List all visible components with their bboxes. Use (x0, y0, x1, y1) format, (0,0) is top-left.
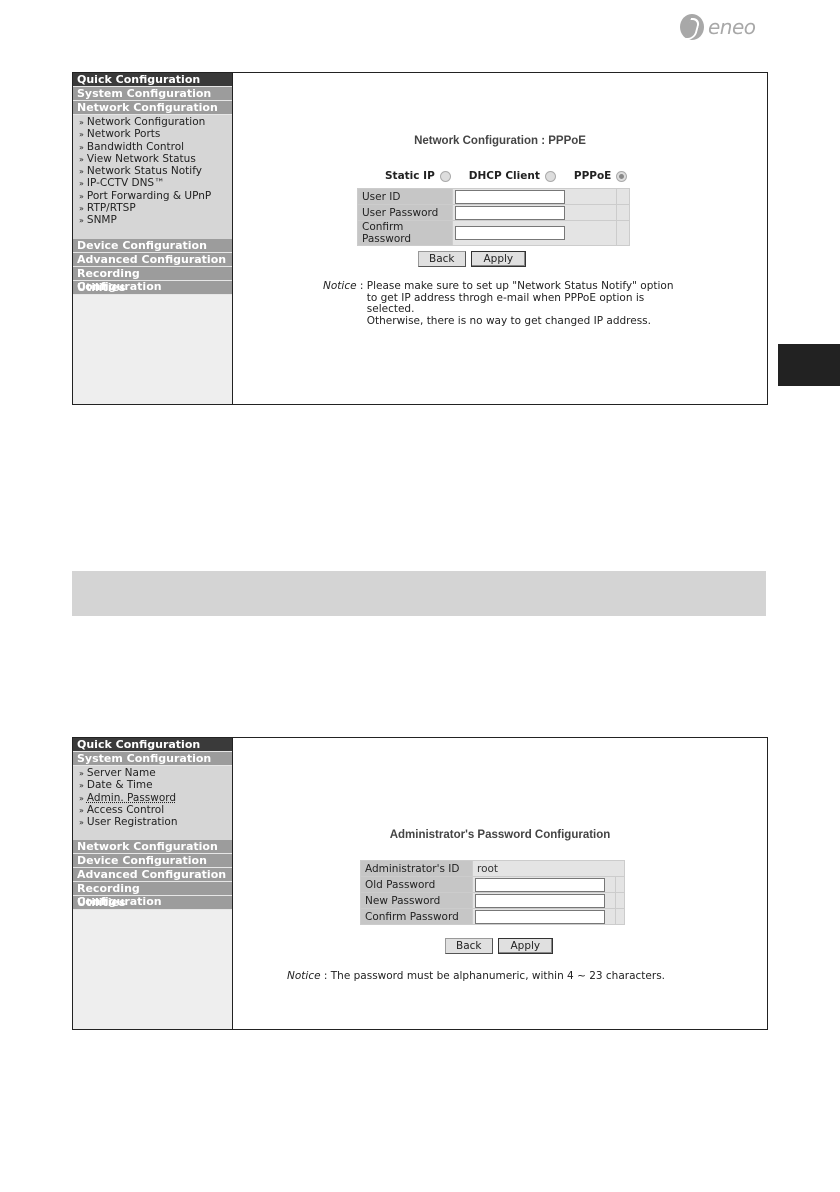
sidebar-item-label: RTP/RTSP (87, 202, 136, 214)
connection-type-radios: Static IPDHCP ClientPPPoE (385, 170, 627, 182)
admin-id-row: Administrator's ID root (361, 861, 625, 877)
sidebar-submenu: »Server Name»Date & Time»Admin. Password… (73, 766, 232, 840)
sidebar-item-label: Network Status Notify (87, 165, 202, 177)
radio-pppoe[interactable]: PPPoE (574, 170, 627, 182)
pppoe-form: User IDUser PasswordConfirm Password (357, 188, 630, 246)
form-buttons: Back Apply (445, 938, 553, 954)
sidebar-submenu: »Network Configuration»Network Ports»Ban… (73, 115, 232, 239)
confirm-password-input[interactable] (455, 226, 565, 240)
sidebar-section-network-configuration[interactable]: Network Configuration (73, 840, 232, 854)
sidebar-item-label: Server Name (87, 767, 156, 779)
sidebar-item-label: IP-CCTV DNS™ (87, 177, 165, 189)
sidebar-item-rtp-rtsp[interactable]: »RTP/RTSP (73, 202, 232, 214)
chevron-right-icon: » (79, 192, 84, 201)
sidebar-section-device-configuration[interactable]: Device Configuration (73, 854, 232, 868)
sidebar-item-user-registration[interactable]: »User Registration (73, 816, 232, 828)
sidebar-item-network-ports[interactable]: »Network Ports (73, 128, 232, 140)
sidebar-section-recording-configuration[interactable]: Recording Configuration (73, 882, 232, 896)
sidebar-item-port-forwarding-upnp[interactable]: »Port Forwarding & UPnP (73, 190, 232, 202)
notice-text: Notice : Please make sure to set up "Net… (323, 281, 674, 327)
admin-password-form: Administrator's ID root Old PasswordNew … (360, 860, 625, 925)
back-button[interactable]: Back (445, 938, 493, 954)
field-row-user-id: User ID (358, 189, 630, 205)
sidebar-section-system-configuration[interactable]: System Configuration (73, 87, 232, 101)
chevron-right-icon: » (79, 167, 84, 176)
confirm-password-input[interactable] (475, 910, 605, 924)
sidebar-item-label: Admin. Password (87, 792, 176, 804)
field-label: Confirm Password (358, 221, 453, 246)
form-buttons: Back Apply (418, 251, 526, 267)
chevron-right-icon: » (79, 794, 84, 803)
field-label: User ID (358, 189, 453, 205)
sidebar-nav: Quick ConfigurationSystem Configuration»… (73, 738, 233, 1029)
chevron-right-icon: » (79, 155, 84, 164)
field-label: New Password (361, 893, 473, 909)
sidebar-item-label: Network Ports (87, 128, 160, 140)
sidebar-item-label: Date & Time (87, 779, 153, 791)
radio-label: PPPoE (574, 170, 611, 182)
chevron-right-icon: » (79, 216, 84, 225)
page-title: Administrator's Password Configuration (233, 829, 767, 841)
chevron-right-icon: » (79, 818, 84, 827)
notice-line: Please make sure to set up "Network Stat… (367, 281, 674, 293)
new-password-input[interactable] (475, 894, 605, 908)
pppoe-screenshot-frame: Quick ConfigurationSystem ConfigurationN… (72, 72, 768, 405)
field-row-confirm-password: Confirm Password (358, 221, 630, 246)
field-row-user-password: User Password (358, 205, 630, 221)
radio-button-icon[interactable] (616, 171, 627, 182)
sidebar-section-recording-configuration[interactable]: Recording Configuration (73, 267, 232, 281)
chevron-right-icon: » (79, 179, 84, 188)
user-id-input[interactable] (455, 190, 565, 204)
chevron-right-icon: » (79, 118, 84, 127)
notice-label: Notice (287, 970, 321, 982)
sidebar-item-date-time[interactable]: »Date & Time (73, 779, 232, 791)
notice-label: Notice (323, 280, 357, 292)
chevron-right-icon: » (79, 143, 84, 152)
sidebar-item-label: SNMP (87, 214, 117, 226)
back-button[interactable]: Back (418, 251, 466, 267)
sidebar-section-quick-configuration[interactable]: Quick Configuration (73, 738, 232, 752)
eneo-logo-icon (680, 14, 704, 40)
sidebar-item-label: Access Control (87, 804, 164, 816)
notice-line: selected. (367, 304, 674, 316)
apply-button[interactable]: Apply (471, 251, 527, 267)
notice-text: Notice : The password must be alphanumer… (287, 971, 665, 983)
sidebar-nav: Quick ConfigurationSystem ConfigurationN… (73, 73, 233, 404)
old-password-input[interactable] (475, 878, 605, 892)
sidebar-section-network-configuration[interactable]: Network Configuration (73, 101, 232, 115)
logo-text: eneo (708, 15, 756, 39)
sidebar-item-bandwidth-control[interactable]: »Bandwidth Control (73, 141, 232, 153)
chevron-right-icon: » (79, 130, 84, 139)
sidebar-item-access-control[interactable]: »Access Control (73, 804, 232, 816)
notice-line: Otherwise, there is no way to get change… (367, 316, 674, 328)
sidebar-item-snmp[interactable]: »SNMP (73, 214, 232, 226)
chapter-tab-marker (778, 344, 840, 386)
chevron-right-icon: » (79, 204, 84, 213)
sidebar-item-ip-cctv-dns[interactable]: »IP-CCTV DNS™ (73, 177, 232, 189)
pppoe-content: Network Configuration : PPPoE Static IPD… (233, 73, 767, 404)
section-heading-band (72, 571, 766, 616)
admin-id-label: Administrator's ID (361, 861, 473, 877)
radio-button-icon[interactable] (440, 171, 451, 182)
field-label: Old Password (361, 877, 473, 893)
admin-password-screenshot-frame: Quick ConfigurationSystem Configuration»… (72, 737, 768, 1030)
field-row-new-password: New Password (361, 893, 625, 909)
sidebar-item-server-name[interactable]: »Server Name (73, 767, 232, 779)
chevron-right-icon: » (79, 781, 84, 790)
admin-id-value: root (473, 861, 625, 877)
field-label: User Password (358, 205, 453, 221)
sidebar-item-view-network-status[interactable]: »View Network Status (73, 153, 232, 165)
sidebar-section-advanced-configuration[interactable]: Advanced Configuration (73, 253, 232, 267)
radio-label: DHCP Client (469, 170, 540, 182)
admin-password-content: Administrator's Password Configuration A… (233, 738, 767, 1029)
radio-dhcp-client[interactable]: DHCP Client (469, 170, 556, 182)
chevron-right-icon: » (79, 769, 84, 778)
sidebar-item-label: Bandwidth Control (87, 141, 184, 153)
user-password-input[interactable] (455, 206, 565, 220)
chevron-right-icon: » (79, 806, 84, 815)
sidebar-item-label: View Network Status (87, 153, 196, 165)
sidebar-item-network-configuration[interactable]: »Network Configuration (73, 116, 232, 128)
eneo-logo: eneo (680, 14, 756, 40)
sidebar-item-admin-password[interactable]: »Admin. Password (73, 792, 232, 804)
field-label: Confirm Password (361, 909, 473, 925)
sidebar-item-label: Network Configuration (87, 116, 205, 128)
field-row-old-password: Old Password (361, 877, 625, 893)
page-title: Network Configuration : PPPoE (233, 135, 767, 147)
radio-label: Static IP (385, 170, 435, 182)
sidebar-item-label: Port Forwarding & UPnP (87, 190, 211, 202)
radio-button-icon[interactable] (545, 171, 556, 182)
sidebar-section-quick-configuration[interactable]: Quick Configuration (73, 73, 232, 87)
sidebar-item-label: User Registration (87, 816, 178, 828)
sidebar-item-network-status-notify[interactable]: »Network Status Notify (73, 165, 232, 177)
field-row-confirm-password: Confirm Password (361, 909, 625, 925)
sidebar-section-system-configuration[interactable]: System Configuration (73, 752, 232, 766)
sidebar-section-advanced-configuration[interactable]: Advanced Configuration (73, 868, 232, 882)
apply-button[interactable]: Apply (498, 938, 554, 954)
sidebar-section-device-configuration[interactable]: Device Configuration (73, 239, 232, 253)
radio-static-ip[interactable]: Static IP (385, 170, 451, 182)
